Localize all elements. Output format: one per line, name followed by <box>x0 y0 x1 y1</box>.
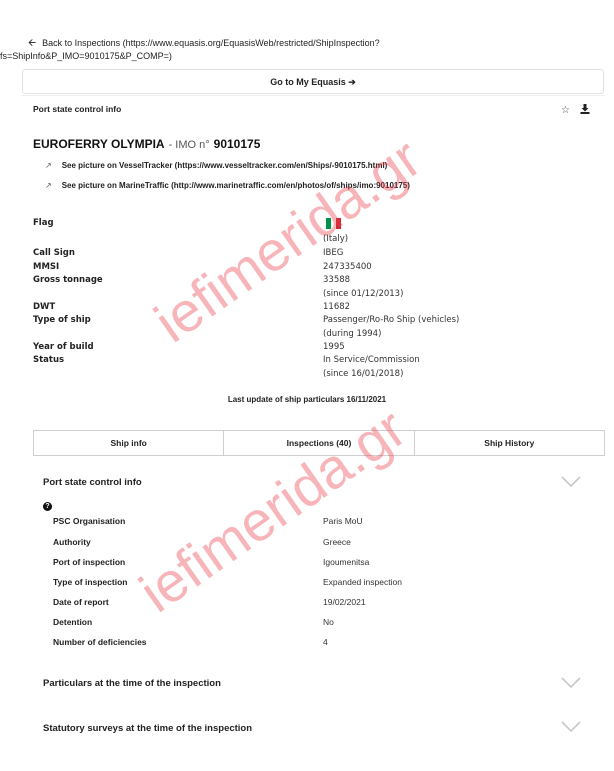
call-sign-label: Call Sign <box>33 248 75 258</box>
psc-organisation-label: PSC Organisation <box>53 516 125 526</box>
chevron-down-icon[interactable] <box>561 721 581 733</box>
help-icon[interactable]: ? <box>43 502 52 511</box>
divider <box>22 95 604 96</box>
mmsi-value: 247335400 <box>323 262 372 272</box>
year-of-build-label: Year of build <box>33 342 94 352</box>
particulars-section-toggle[interactable]: Particulars at the time of the inspectio… <box>43 678 221 689</box>
section-heading: Port state control info <box>33 104 121 114</box>
back-to-inspections-link[interactable]: 🡨Back to Inspections (https://www.equasi… <box>28 35 380 52</box>
go-to-my-equasis-button[interactable]: Go to My Equasis ➔ <box>22 69 604 94</box>
download-icon[interactable] <box>580 104 590 117</box>
marinetraffic-link[interactable]: ↗See picture on MarineTraffic (http://ww… <box>45 181 410 190</box>
type-of-inspection-label: Type of inspection <box>53 577 127 587</box>
vesseltracker-link[interactable]: ↗See picture on VesselTracker (https://w… <box>45 161 387 170</box>
authority-value: Greece <box>323 537 351 547</box>
gross-tonnage-since: (since 01/12/2013) <box>323 289 403 299</box>
year-of-build-value: 1995 <box>323 342 345 352</box>
back-link-continuation[interactable]: fs=ShipInfo&P_IMO=9010175&P_COMP=) <box>0 51 172 61</box>
ship-title: EUROFERRY OLYMPIA- IMO n°9010175 <box>33 137 260 151</box>
status-label: Status <box>33 355 64 365</box>
deficiencies-value: 4 <box>323 637 328 647</box>
tab-ship-info[interactable]: Ship info <box>34 431 224 455</box>
mmsi-label: MMSI <box>33 262 59 272</box>
date-of-report-value: 19/02/2021 <box>323 597 366 607</box>
external-link-icon: ↗ <box>45 181 52 190</box>
last-update-text: Last update of ship particulars 16/11/20… <box>0 395 614 404</box>
italy-flag-icon <box>326 218 341 229</box>
gross-tonnage-label: Gross tonnage <box>33 275 103 285</box>
dwt-value: 11682 <box>323 302 350 312</box>
detention-label: Detention <box>53 617 92 627</box>
psc-organisation-value: Paris MoU <box>323 516 363 526</box>
gross-tonnage-value: 33588 <box>323 275 350 285</box>
port-of-inspection-value: Igoumenitsa <box>323 557 369 567</box>
star-icon[interactable]: ☆ <box>561 105 570 116</box>
dwt-label: DWT <box>33 302 55 312</box>
chevron-down-icon[interactable] <box>561 677 581 689</box>
link-label: See picture on VesselTracker (https://ww… <box>62 161 388 170</box>
tab-inspections[interactable]: Inspections (40) <box>224 431 414 455</box>
back-link-text: Back to Inspections (https://www.equasis… <box>42 38 380 48</box>
type-of-ship-during: (during 1994) <box>323 329 381 339</box>
tab-ship-history[interactable]: Ship History <box>415 431 604 455</box>
type-of-ship-label: Type of ship <box>33 315 91 325</box>
type-of-ship-value: Passenger/Ro-Ro Ship (vehicles) <box>323 315 459 325</box>
external-link-icon: ↗ <box>45 161 52 170</box>
imo-number: 9010175 <box>214 137 261 151</box>
ship-name: EUROFERRY OLYMPIA <box>33 137 165 151</box>
arrow-left-icon: 🡨 <box>28 38 36 49</box>
call-sign-value: IBEG <box>323 248 343 258</box>
status-since: (since 16/01/2018) <box>323 369 403 379</box>
port-of-inspection-label: Port of inspection <box>53 557 125 567</box>
flag-country: (Italy) <box>323 234 348 244</box>
imo-label: - IMO n° <box>169 139 210 151</box>
date-of-report-label: Date of report <box>53 597 109 607</box>
type-of-inspection-value: Expanded inspection <box>323 577 402 587</box>
flag-label: Flag <box>33 218 54 228</box>
psc-info-section-toggle[interactable]: Port state control info <box>43 477 142 488</box>
deficiencies-label: Number of deficiencies <box>53 637 147 647</box>
tab-bar: Ship info Inspections (40) Ship History <box>33 430 605 456</box>
statutory-surveys-section-toggle[interactable]: Statutory surveys at the time of the ins… <box>43 723 252 734</box>
status-value: In Service/Commission <box>323 355 420 365</box>
link-label: See picture on MarineTraffic (http://www… <box>62 181 410 190</box>
detention-value: No <box>323 617 334 627</box>
authority-label: Authority <box>53 537 91 547</box>
chevron-down-icon[interactable] <box>561 476 581 488</box>
